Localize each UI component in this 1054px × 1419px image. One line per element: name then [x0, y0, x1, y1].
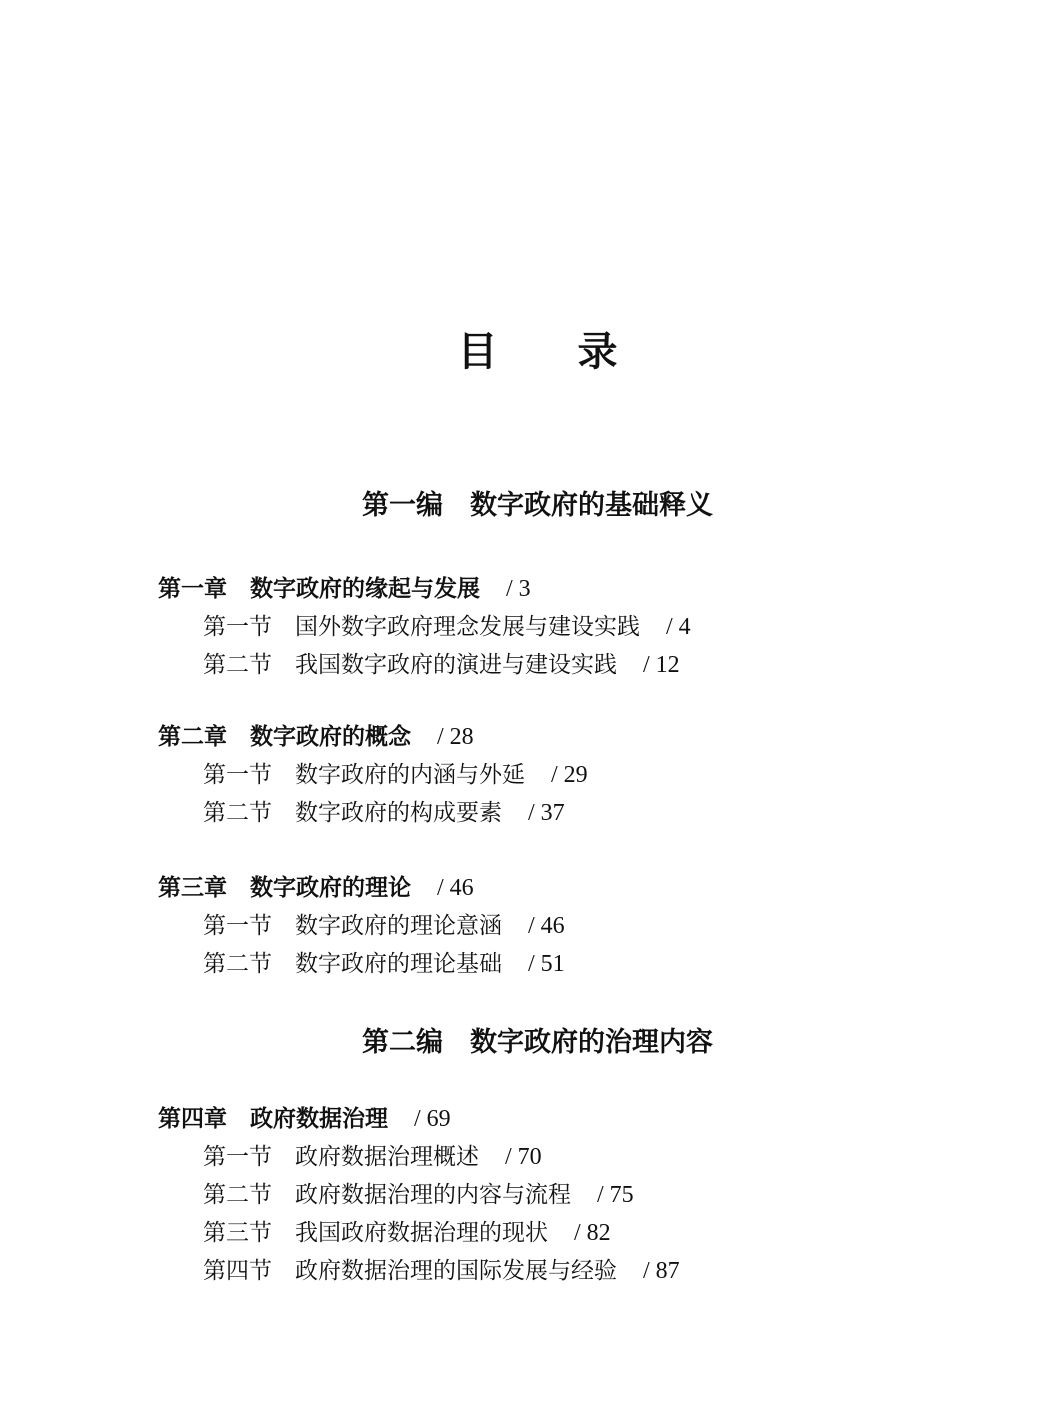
- section-title: 国外数字政府理念发展与建设实践: [295, 613, 640, 639]
- part-2-heading: 第二编 数字政府的治理内容: [158, 1025, 917, 1059]
- toc-entry-section-2-1: 第一节数字政府的内涵与外延/ 29: [158, 756, 917, 794]
- toc-entry-chapter-1: 第一章数字政府的缘起与发展/ 3: [158, 570, 917, 608]
- chapter-2-block: 第二章数字政府的概念/ 28 第一节数字政府的内涵与外延/ 29 第二节数字政府…: [158, 718, 917, 832]
- section-page-number: / 51: [528, 951, 565, 977]
- toc-entry-section-4-1: 第一节政府数据治理概述/ 70: [158, 1138, 917, 1176]
- section-title: 政府数据治理的内容与流程: [295, 1181, 571, 1207]
- toc-entry-section-4-2: 第二节政府数据治理的内容与流程/ 75: [158, 1176, 917, 1214]
- chapter-label: 第三章: [158, 874, 227, 900]
- section-page-number: / 75: [597, 1182, 634, 1208]
- chapter-page-number: / 28: [437, 724, 474, 750]
- section-page-number: / 82: [574, 1220, 611, 1246]
- toc-entry-section-3-2: 第二节数字政府的理论基础/ 51: [158, 945, 917, 983]
- section-label: 第一节: [203, 1143, 272, 1169]
- section-title: 数字政府的构成要素: [295, 799, 502, 825]
- chapter-page-number: / 3: [506, 576, 531, 602]
- toc-content: 目 录 第一编 数字政府的基础释义 第一章数字政府的缘起与发展/ 3 第一节国外…: [0, 0, 1054, 1290]
- chapter-page-number: / 46: [437, 875, 474, 901]
- chapter-title: 政府数据治理: [250, 1105, 388, 1131]
- chapter-1-block: 第一章数字政府的缘起与发展/ 3 第一节国外数字政府理念发展与建设实践/ 4 第…: [158, 570, 917, 684]
- section-title: 政府数据治理概述: [295, 1143, 479, 1169]
- toc-entry-section-1-1: 第一节国外数字政府理念发展与建设实践/ 4: [158, 608, 917, 646]
- section-title: 数字政府的理论基础: [295, 950, 502, 976]
- section-label: 第一节: [203, 613, 272, 639]
- section-title: 数字政府的理论意涵: [295, 912, 502, 938]
- section-label: 第二节: [203, 950, 272, 976]
- toc-entry-section-4-4: 第四节政府数据治理的国际发展与经验/ 87: [158, 1252, 917, 1290]
- toc-entry-section-4-3: 第三节我国政府数据治理的现状/ 82: [158, 1214, 917, 1252]
- section-label: 第四节: [203, 1257, 272, 1283]
- chapter-4-block: 第四章政府数据治理/ 69 第一节政府数据治理概述/ 70 第二节政府数据治理的…: [158, 1100, 917, 1290]
- section-page-number: / 4: [666, 614, 691, 640]
- section-page-number: / 12: [643, 652, 680, 678]
- section-label: 第一节: [203, 761, 272, 787]
- chapter-3-block: 第三章数字政府的理论/ 46 第一节数字政府的理论意涵/ 46 第二节数字政府的…: [158, 869, 917, 983]
- section-page-number: / 37: [528, 800, 565, 826]
- section-page-number: / 70: [505, 1144, 542, 1170]
- toc-entry-section-3-1: 第一节数字政府的理论意涵/ 46: [158, 907, 917, 945]
- section-page-number: / 87: [643, 1258, 680, 1284]
- chapter-label: 第四章: [158, 1105, 227, 1131]
- section-label: 第二节: [203, 799, 272, 825]
- section-label: 第二节: [203, 651, 272, 677]
- toc-entry-section-1-2: 第二节我国数字政府的演进与建设实践/ 12: [158, 646, 917, 684]
- part-1-heading: 第一编 数字政府的基础释义: [158, 488, 917, 522]
- chapter-title: 数字政府的概念: [250, 723, 411, 749]
- page-title: 目 录: [158, 332, 917, 372]
- section-page-number: / 29: [551, 762, 588, 788]
- toc-page: 目 录 第一编 数字政府的基础释义 第一章数字政府的缘起与发展/ 3 第一节国外…: [0, 0, 1054, 1419]
- section-title: 我国政府数据治理的现状: [295, 1219, 548, 1245]
- section-label: 第三节: [203, 1219, 272, 1245]
- chapter-label: 第二章: [158, 723, 227, 749]
- section-title: 政府数据治理的国际发展与经验: [295, 1257, 617, 1283]
- chapter-title: 数字政府的缘起与发展: [250, 575, 480, 601]
- toc-entry-section-2-2: 第二节数字政府的构成要素/ 37: [158, 794, 917, 832]
- toc-entry-chapter-3: 第三章数字政府的理论/ 46: [158, 869, 917, 907]
- section-title: 我国数字政府的演进与建设实践: [295, 651, 617, 677]
- toc-entry-chapter-4: 第四章政府数据治理/ 69: [158, 1100, 917, 1138]
- toc-entry-chapter-2: 第二章数字政府的概念/ 28: [158, 718, 917, 756]
- chapter-page-number: / 69: [414, 1106, 451, 1132]
- chapter-title: 数字政府的理论: [250, 874, 411, 900]
- chapter-label: 第一章: [158, 575, 227, 601]
- section-label: 第二节: [203, 1181, 272, 1207]
- section-label: 第一节: [203, 912, 272, 938]
- section-page-number: / 46: [528, 913, 565, 939]
- section-title: 数字政府的内涵与外延: [295, 761, 525, 787]
